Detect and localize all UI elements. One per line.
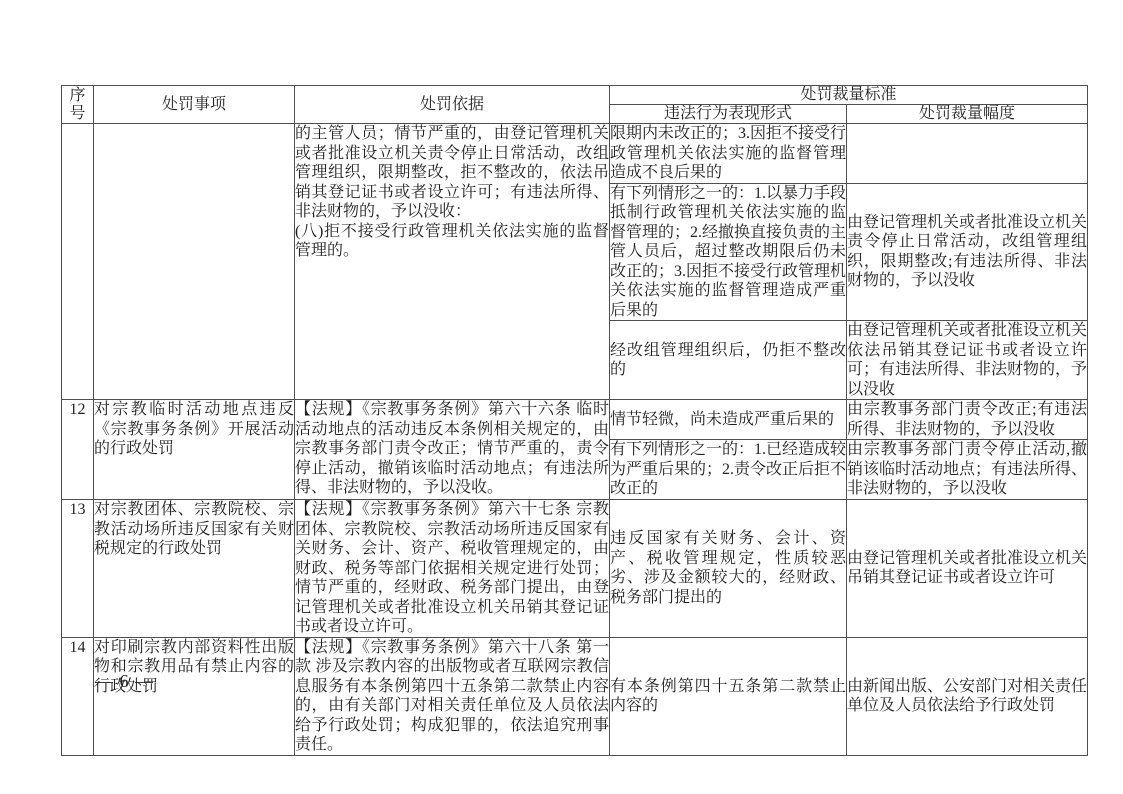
header-behavior: 违法行为表现形式 — [610, 105, 847, 124]
behavior-cell: 情节轻微，尚未造成严重后果的 — [610, 400, 847, 440]
basis-cell: 【法规】《宗教事务条例》第六十六条 临时活动地点的活动违反本条例相关规定的，由宗… — [295, 400, 610, 500]
behavior-cell: 有下列情形之一的：1.以暴力手段抵制行政管理机关依法实施的监督管理的；2.经撤换… — [610, 183, 847, 321]
range-cell — [847, 124, 1088, 184]
behavior-cell: 有下列情形之一的：1.已经造成较为严重后果的；2.责令改正后拒不改正的 — [610, 440, 847, 500]
behavior-cell: 有本条例第四十五条第二款禁止内容的 — [610, 637, 847, 755]
seq-cell: 14 — [62, 637, 94, 755]
header-standard: 处罚裁量标准 — [610, 86, 1088, 105]
behavior-cell: 违反国家有关财务、会计、资产、税收管理规定，性质较恶劣、涉及金额较大的，经财政、… — [610, 500, 847, 638]
penalty-discretion-table: 序号 处罚事项 处罚依据 处罚裁量标准 违法行为表现形式 处罚裁量幅度 的主管人… — [61, 85, 1088, 756]
range-cell: 由宗教事务部门责令改正;有违法所得、非法财物的，予以没收 — [847, 400, 1088, 440]
table-row: 12 对宗教临时活动地点违反《宗教事务条例》开展活动的行政处罚 【法规】《宗教事… — [62, 400, 1088, 440]
range-cell: 由宗教事务部门责令停止活动,撤销该临时活动地点；有违法所得、非法财物的，予以没收 — [847, 440, 1088, 500]
table-row: 14 对印刷宗教内部资料性出版物和宗教用品有禁止内容的行政处罚 【法规】《宗教事… — [62, 637, 1088, 755]
range-cell: 由登记管理机关或者批准设立机关吊销其登记证书或者设立许可 — [847, 500, 1088, 638]
behavior-cell: 限期内未改正的；3.因拒不接受行政管理机关依法实施的监督管理造成不良后果的 — [610, 124, 847, 184]
header-range: 处罚裁量幅度 — [847, 105, 1088, 124]
range-cell: 由新闻出版、公安部门对相关责任单位及人员依法给予行政处罚 — [847, 637, 1088, 755]
range-cell: 由登记管理机关或者批准设立机关责令停止日常活动，改组管理组织，限期整改;有违法所… — [847, 183, 1088, 321]
matter-cell: 对宗教团体、宗教院校、宗教活动场所违反国家有关财税规定的行政处罚 — [94, 500, 295, 638]
basis-cell: 的主管人员；情节严重的，由登记管理机关或者批准设立机关责令停止日常活动，改组管理… — [295, 124, 610, 400]
basis-cell: 【法规】《宗教事务条例》第六十七条 宗教团体、宗教院校、宗教活动场所违反国家有关… — [295, 500, 610, 638]
document-page: { "page": { "page_number": "— 6 —" }, "t… — [0, 0, 1123, 794]
range-cell: 由登记管理机关或者批准设立机关依法吊销其登记证书或者设立许可；有违法所得、非法财… — [847, 321, 1088, 400]
page-number: — 6 — — [95, 671, 154, 692]
matter-cell — [94, 124, 295, 400]
table-row: 13 对宗教团体、宗教院校、宗教活动场所违反国家有关财税规定的行政处罚 【法规】… — [62, 500, 1088, 638]
behavior-cell: 经改组管理组织后，仍拒不整改的 — [610, 321, 847, 400]
matter-cell: 对印刷宗教内部资料性出版物和宗教用品有禁止内容的行政处罚 — [94, 637, 295, 755]
header-seq: 序号 — [62, 86, 94, 124]
header-basis: 处罚依据 — [295, 86, 610, 124]
seq-cell: 12 — [62, 400, 94, 500]
table-row: 的主管人员；情节严重的，由登记管理机关或者批准设立机关责令停止日常活动，改组管理… — [62, 124, 1088, 184]
basis-cell: 【法规】《宗教事务条例》第六十八条 第一款 涉及宗教内容的出版物或者互联网宗教信… — [295, 637, 610, 755]
seq-cell: 13 — [62, 500, 94, 638]
matter-cell: 对宗教临时活动地点违反《宗教事务条例》开展活动的行政处罚 — [94, 400, 295, 500]
seq-cell — [62, 124, 94, 400]
header-matter: 处罚事项 — [94, 86, 295, 124]
